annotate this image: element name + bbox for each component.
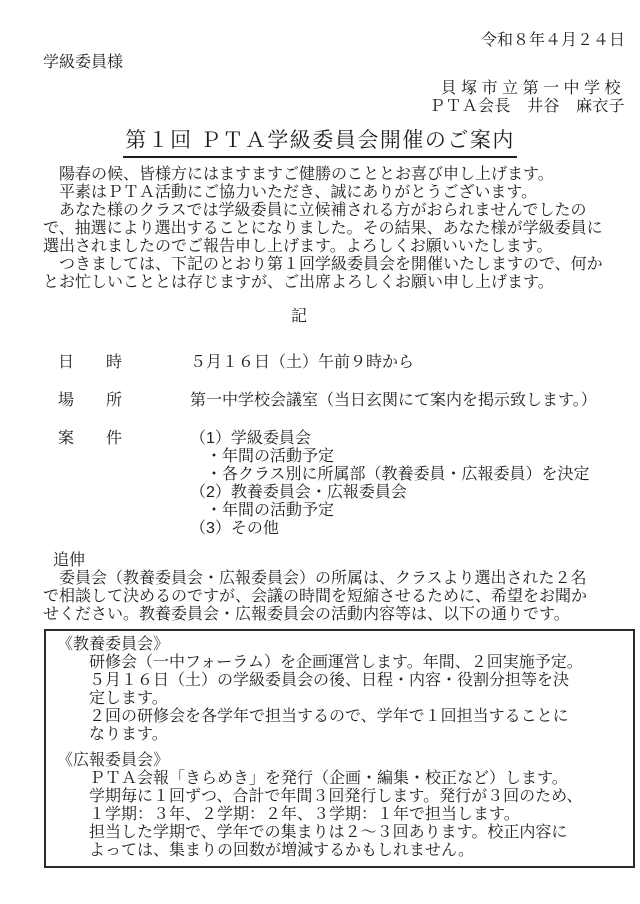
title-wrap: 第１回 ＰＴＡ学級委員会開催のご案内 xyxy=(43,128,625,158)
committee-line: よっては、集まりの回数が増減するかもしれません。 xyxy=(89,842,625,860)
committee-line: 定します。 xyxy=(89,690,625,708)
detail-label-datetime: 日 時 xyxy=(58,354,190,372)
committee-info-box: 《教養委員会》 研修会（一中フォーラム）を企画運営します。年間、２回実施予定。 … xyxy=(44,629,635,868)
document-title: 第１回 ＰＴＡ学級委員会開催のご案内 xyxy=(123,128,517,158)
committee-line: 担当した学期で、学年での集まりは２～３回あります。校正内容に xyxy=(89,824,625,842)
agenda-line: ・年間の活動予定 xyxy=(190,448,625,466)
detail-label-place: 場 所 xyxy=(58,392,190,410)
postscript-label: 追伸 xyxy=(53,552,625,570)
committee-heading-koho: 《広報委員会》 xyxy=(57,752,625,770)
body-line: つきましては、下記のとおり第１回学級委員会を開催いたしますので、何か xyxy=(43,256,625,274)
committee-section-kyoyo: 《教養委員会》 研修会（一中フォーラム）を企画運営します。年間、２回実施予定。 … xyxy=(57,636,625,744)
sender-block: 貝塚市立第一中学校 ＰＴＡ会長 井谷 麻衣子 xyxy=(43,80,625,116)
body-line: 陽春の候、皆様方にはますますご健勝のこととお喜び申し上げます。 xyxy=(43,166,625,184)
detail-row-datetime: 日 時 ５月１６日（土）午前９時から xyxy=(43,354,625,372)
detail-value-place: 第一中学校会議室（当日玄関にて案内を掲示致します。） xyxy=(190,392,625,410)
detail-row-agenda: 案 件 （1）学級委員会 ・年間の活動予定 ・各クラス別に所属部（教養委員・広報… xyxy=(43,430,625,538)
record-mark: 記 xyxy=(43,308,625,326)
document-page: 令和８年４月２４日 学級委員様 貝塚市立第一中学校 ＰＴＡ会長 井谷 麻衣子 第… xyxy=(0,0,640,904)
committee-line: １学期：３年、２学期：２年、３学期：１年で担当します。 xyxy=(89,806,625,824)
agenda-line: （1）学級委員会 xyxy=(190,430,625,448)
committee-line: ＰＴＡ会報「きらめき」を発行（企画・編集・校正など）します。 xyxy=(89,770,625,788)
body-line: 平素はＰＴＡ活動にご協力いただき、誠にありがとうございます。 xyxy=(43,184,625,202)
committee-line: なります。 xyxy=(89,726,625,744)
committee-line: 学期毎に１回ずつ、合計で年間３回発行します。発行が３回のため、 xyxy=(89,788,625,806)
postscript-line: 委員会（教養委員会・広報委員会）の所属は、クラスより選出された２名 xyxy=(43,570,625,588)
detail-label-agenda: 案 件 xyxy=(58,430,190,448)
agenda-line: （2）教養委員会・広報委員会 xyxy=(190,484,625,502)
committee-line: ５月１６日（土）の学級委員会の後、日程・内容・役割分担等を決 xyxy=(89,672,625,690)
committee-line: ２回の研修会を各学年で担当するので、学年で１回担当することに xyxy=(89,708,625,726)
agenda-line: （3）その他 xyxy=(190,520,625,538)
agenda-line: ・各クラス別に所属部（教養委員・広報委員）を決定 xyxy=(190,466,625,484)
sender-representative: ＰＴＡ会長 井谷 麻衣子 xyxy=(43,98,625,116)
committee-heading-kyoyo: 《教養委員会》 xyxy=(57,636,625,654)
committee-line: 研修会（一中フォーラム）を企画運営します。年間、２回実施予定。 xyxy=(89,654,625,672)
body-line: 選出されましたのでご報告申し上げます。よろしくお願いいたします。 xyxy=(43,238,625,256)
committee-section-koho: 《広報委員会》 ＰＴＡ会報「きらめき」を発行（企画・編集・校正など）します。 学… xyxy=(57,752,625,860)
body-line: あなた様のクラスでは学級委員に立候補される方がおられませんでしたの xyxy=(43,202,625,220)
postscript-line: で相談して決めるのですが、会議の時間を短縮させるために、希望をお聞か xyxy=(43,588,625,606)
greeting-body: 陽春の候、皆様方にはますますご健勝のこととお喜び申し上げます。 平素はＰＴＡ活動… xyxy=(43,166,625,292)
addressee: 学級委員様 xyxy=(43,54,625,72)
postscript: 追伸 委員会（教養委員会・広報委員会）の所属は、クラスより選出された２名 で相談… xyxy=(43,552,625,624)
committee-body-koho: ＰＴＡ会報「きらめき」を発行（企画・編集・校正など）します。 学期毎に１回ずつ、… xyxy=(89,770,625,860)
body-line: で、抽選により選出することになりました。その結果、あなた様が学級委員に xyxy=(43,220,625,238)
sender-school: 貝塚市立第一中学校 xyxy=(43,80,625,98)
detail-row-place: 場 所 第一中学校会議室（当日玄関にて案内を掲示致します。） xyxy=(43,392,625,410)
body-line: とお忙しいこととは存じますが、ご出席よろしくお願い申し上げます。 xyxy=(43,274,625,292)
detail-line: 第一中学校会議室（当日玄関にて案内を掲示致します。） xyxy=(190,392,625,410)
detail-value-agenda: （1）学級委員会 ・年間の活動予定 ・各クラス別に所属部（教養委員・広報委員）を… xyxy=(190,430,625,538)
document-date: 令和８年４月２４日 xyxy=(43,32,625,50)
agenda-line: ・年間の活動予定 xyxy=(190,502,625,520)
detail-value-datetime: ５月１６日（土）午前９時から xyxy=(190,354,625,372)
detail-line: ５月１６日（土）午前９時から xyxy=(190,354,625,372)
meeting-details: 日 時 ５月１６日（土）午前９時から 場 所 第一中学校会議室（当日玄関にて案内… xyxy=(43,354,625,538)
postscript-line: せください。教養委員会・広報委員会の活動内容等は、以下の通りです。 xyxy=(43,606,625,624)
committee-body-kyoyo: 研修会（一中フォーラム）を企画運営します。年間、２回実施予定。 ５月１６日（土）… xyxy=(89,654,625,744)
